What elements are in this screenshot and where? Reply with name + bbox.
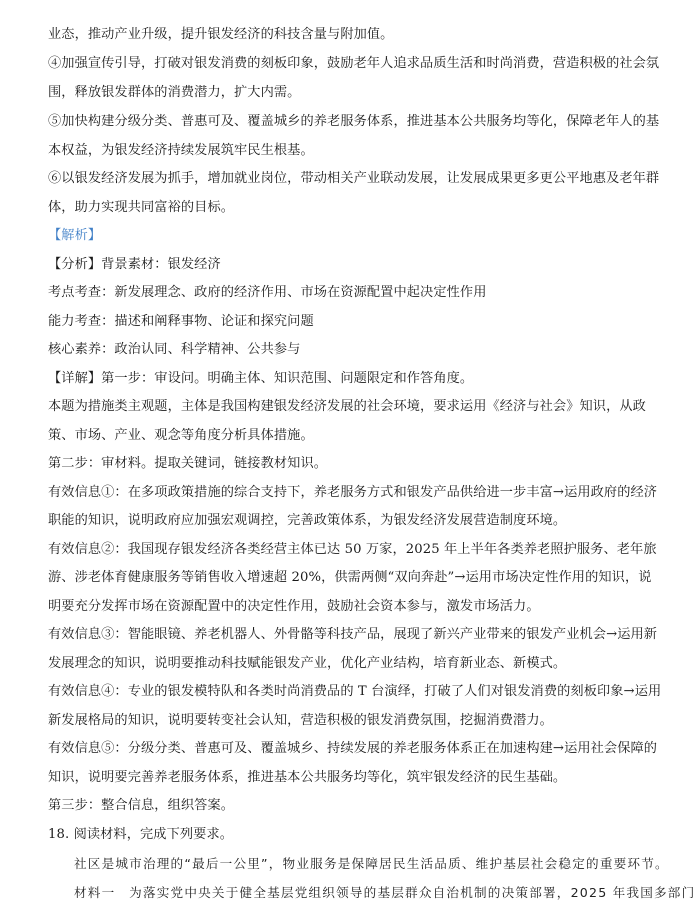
info-4: 有效信息④：专业的银发模特队和各类时尚消费品的 T 台演绎，打破了人们对银发消费… (48, 683, 661, 701)
info-3-cont: 发展理念的知识，说明要推动科技赋能银发产业，优化产业结构，培育新业态、新模式。 (48, 655, 566, 673)
info-4-cont: 新发展格局的知识，说明要转变社会认知，营造积极的银发消费氛围，挖掘消费潜力。 (48, 712, 553, 730)
info-5-cont: 知识，说明要完善养老服务体系，推进基本公共服务均等化，筑牢银发经济的民生基础。 (48, 769, 566, 787)
question-18-intro: 社区是城市治理的“最后一公里”，物业服务是保障居民生活品质、维护基层社会稳定的重… (74, 855, 669, 873)
info-5: 有效信息⑤：分级分类、普惠可及、覆盖城乡、持续发展的养老服务体系正在加速构建→运… (48, 740, 657, 758)
info-1: 有效信息①：在多项政策措施的综合支持下，养老服务方式和银发产品供给进一步丰富→运… (48, 484, 657, 502)
detail-step-1: 【详解】第一步：审设问。明确主体、知识范围、问题限定和作答角度。 (48, 370, 473, 388)
analysis-heading: 【解析】 (48, 227, 101, 245)
analysis-literacy: 核心素养：政治认同、科学精神、公共参与 (48, 341, 300, 359)
detail-step-2: 第二步：审材料。提取关键词，链接教材知识。 (48, 455, 327, 473)
analysis-ability: 能力考查：描述和阐释事物、论证和探究问题 (48, 313, 314, 331)
question-18-prompt: 18. 阅读材料，完成下列要求。 (48, 826, 233, 844)
info-2: 有效信息②：我国现存银发经济各类经营主体已达 50 万家，2025 年上半年各类… (48, 541, 657, 559)
detail-text: 策、市场、产业、观念等角度分析具体措施。 (48, 427, 314, 445)
answer-line: 业态，推动产业升级，提升银发经济的科技含量与附加值。 (48, 26, 393, 44)
answer-point-4: ④加强宣传引导，打破对银发消费的刻板印象，鼓励老年人追求品质生活和时尚消费，营造… (48, 55, 659, 73)
answer-line: 本权益，为银发经济持续发展筑牢民生根基。 (48, 142, 314, 160)
info-3: 有效信息③：智能眼镜、养老机器人、外骨骼等科技产品，展现了新兴产业带来的银发产业… (48, 626, 657, 644)
answer-line: 体，助力实现共同富裕的目标。 (48, 199, 234, 217)
question-18-material-1: 材料一 为落实党中央关于健全基层党组织领导的基层群众自治机制的决策部署，2025… (74, 884, 693, 902)
info-1-cont: 职能的知识，说明政府应加强宏观调控，完善政策体系，为银发经济发展营造制度环境。 (48, 512, 566, 530)
answer-point-5: ⑤加快构建分级分类、普惠可及、覆盖城乡的养老服务体系，推进基本公共服务均等化，保… (48, 113, 659, 131)
detail-text: 本题为措施类主观题，主体是我国构建银发经济发展的社会环境，要求运用《经济与社会》… (48, 398, 646, 416)
answer-line: 围，释放银发群体的消费潜力，扩大内需。 (48, 84, 300, 102)
detail-step-3: 第三步：整合信息，组织答案。 (48, 797, 234, 815)
info-2-cont: 游、涉老体育健康服务等销售收入增速超 20%，供需两侧“双向奔赴”→运用市场决定… (48, 569, 652, 587)
analysis-background: 【分析】背景素材：银发经济 (48, 256, 221, 274)
document-page: 业态，推动产业升级，提升银发经济的科技含量与附加值。 ④加强宣传引导，打破对银发… (0, 0, 693, 916)
analysis-test-points: 考点考查：新发展理念、政府的经济作用、市场在资源配置中起决定性作用 (48, 284, 486, 302)
answer-point-6: ⑥以银发经济发展为抓手，增加就业岗位，带动相关产业联动发展，让发展成果更多更公平… (48, 170, 659, 188)
info-2-cont: 明要充分发挥市场在资源配置中的决定性作用，鼓励社会资本参与，激发市场活力。 (48, 598, 540, 616)
